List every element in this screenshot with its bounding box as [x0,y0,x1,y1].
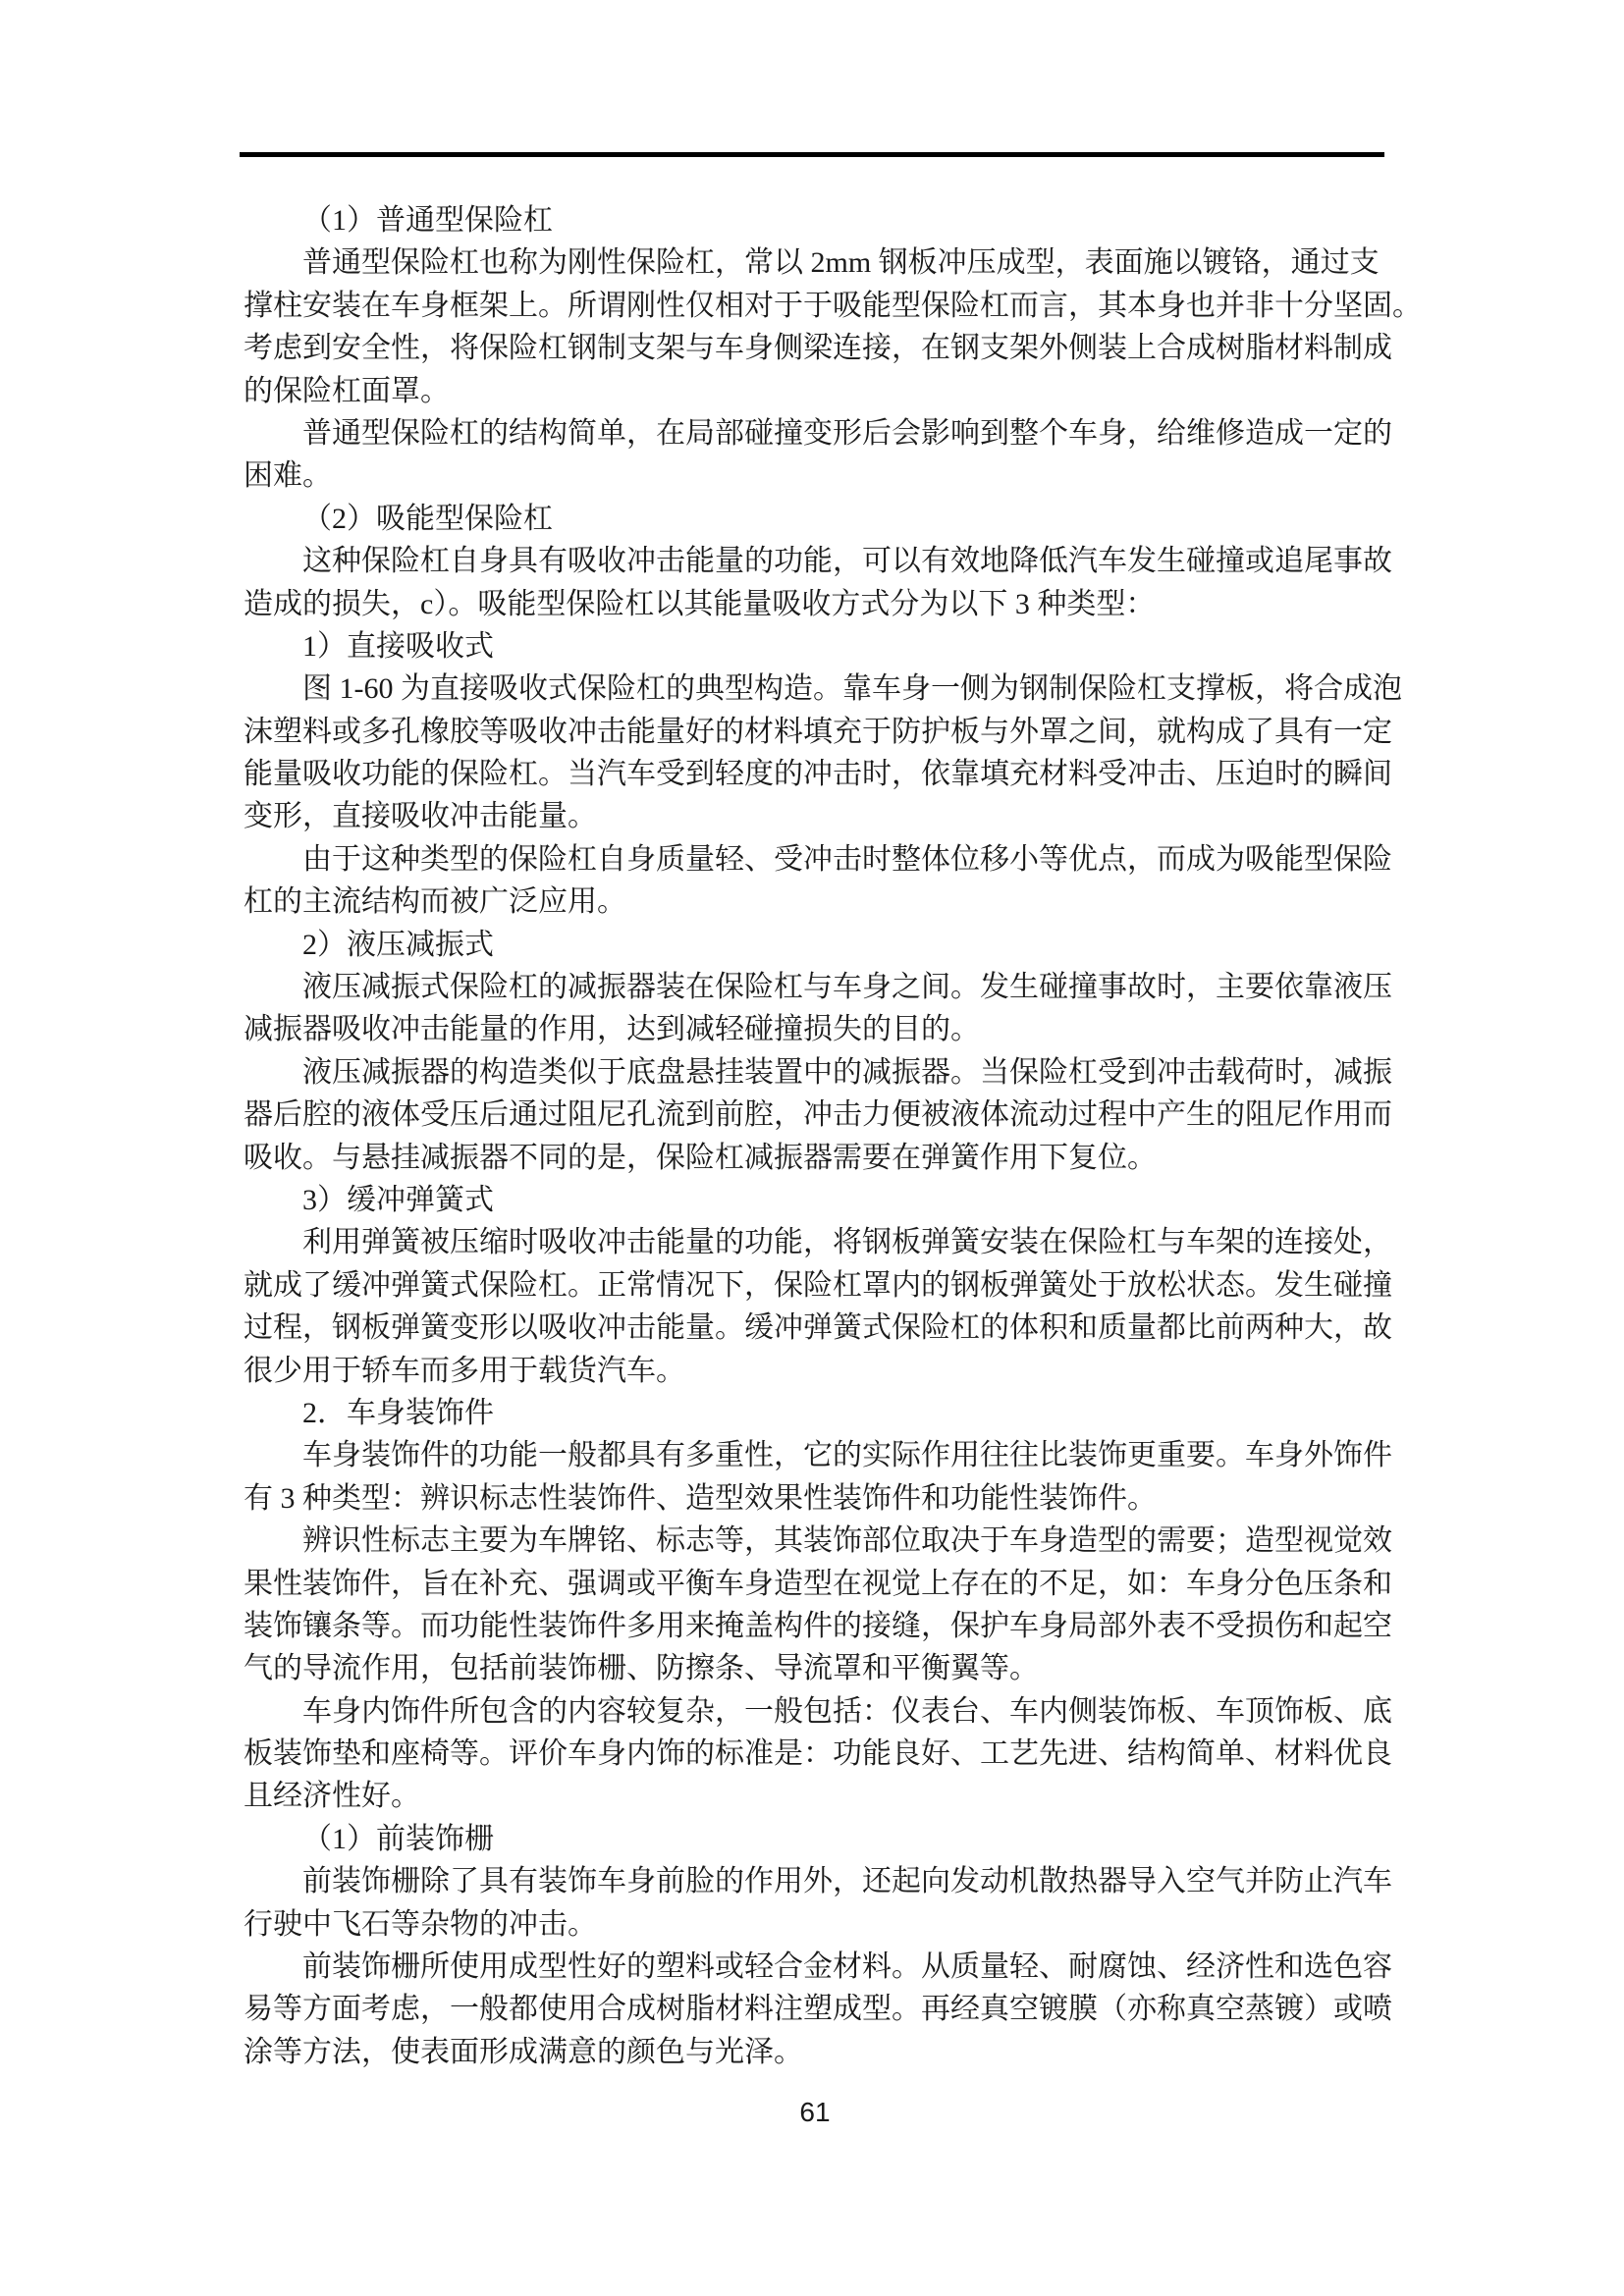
header-rule [240,152,1384,157]
page-number: 61 [244,2095,1386,2130]
text-line: 果性装饰件，旨在补充、强调或平衡车身造型在视觉上存在的不足，如：车身分色压条和 [244,1563,1392,1605]
text-line: 很少用于轿车而多用于载货汽车。 [244,1350,1392,1392]
text-line: 撑柱安装在车身框架上。所谓刚性仅相对于于吸能型保险杠而言，其本身也并非十分坚固。 [244,285,1392,327]
text-line: 过程，钢板弹簧变形以吸收冲击能量。缓冲弹簧式保险杠的体积和质量都比前两种大，故 [244,1307,1392,1349]
text-line: 图 1-60 为直接吸收式保险杠的典型构造。靠车身一侧为钢制保险杠支撑板，将合成… [244,667,1392,710]
text-line: 吸收。与悬挂减振器不同的是，保险杠减振器需要在弹簧作用下复位。 [244,1137,1392,1179]
text-line: （1）前装饰栅 [244,1818,1392,1860]
text-line: 辨识性标志主要为车牌铭、标志等，其装饰部位取决于车身造型的需要；造型视觉效 [244,1520,1392,1562]
text-line: 器后腔的液体受压后通过阻尼孔流到前腔，冲击力便被液体流动过程中产生的阻尼作用而 [244,1094,1392,1136]
text-line: 就成了缓冲弹簧式保险杠。正常情况下，保险杠罩内的钢板弹簧处于放松状态。发生碰撞 [244,1264,1392,1307]
text-line: 3）缓冲弹簧式 [244,1179,1392,1221]
text-line: 由于这种类型的保险杠自身质量轻、受冲击时整体位移小等优点，而成为吸能型保险 [244,838,1392,881]
text-line: 沫塑料或多孔橡胶等吸收冲击能量好的材料填充于防护板与外罩之间，就构成了具有一定 [244,711,1392,753]
text-line: 且经济性好。 [244,1775,1392,1817]
text-line: 杠的主流结构而被广泛应用。 [244,881,1392,923]
text-line: 1）直接吸收式 [244,625,1392,667]
text-line: （2）吸能型保险杠 [244,498,1392,540]
text-line: 困难。 [244,454,1392,497]
text-line: 装饰镶条等。而功能性装饰件多用来掩盖构件的接缝，保护车身局部外表不受损伤和起空 [244,1605,1392,1647]
text-line: 前装饰栅除了具有装饰车身前脸的作用外，还起向发动机散热器导入空气并防止汽车 [244,1860,1392,1902]
document-body: （1）普通型保险杠普通型保险杠也称为刚性保险杠，常以 2mm 钢板冲压成型，表面… [244,199,1392,2073]
document-page: （1）普通型保险杠普通型保险杠也称为刚性保险杠，常以 2mm 钢板冲压成型，表面… [0,0,1624,2296]
text-line: 液压减振器的构造类似于底盘悬挂装置中的减振器。当保险杠受到冲击载荷时，减振 [244,1051,1392,1094]
text-line: 普通型保险杠的结构简单，在局部碰撞变形后会影响到整个车身，给维修造成一定的 [244,412,1392,454]
text-line: 有 3 种类型：辨识标志性装饰件、造型效果性装饰件和功能性装饰件。 [244,1477,1392,1520]
text-line: 能量吸收功能的保险杠。当汽车受到轻度的冲击时，依靠填充材料受冲击、压迫时的瞬间 [244,753,1392,795]
text-line: 这种保险杠自身具有吸收冲击能量的功能，可以有效地降低汽车发生碰撞或追尾事故 [244,540,1392,582]
text-line: 车身装饰件的功能一般都具有多重性，它的实际作用往往比装饰更重要。车身外饰件 [244,1434,1392,1476]
text-line: 考虑到安全性，将保险杠钢制支架与车身侧梁连接，在钢支架外侧装上合成树脂材料制成 [244,327,1392,369]
text-line: 液压减振式保险杠的减振器装在保险杠与车身之间。发生碰撞事故时，主要依靠液压 [244,966,1392,1008]
text-line: 利用弹簧被压缩时吸收冲击能量的功能，将钢板弹簧安装在保险杠与车架的连接处， [244,1221,1392,1263]
text-line: 造成的损失，c）。吸能型保险杠以其能量吸收方式分为以下 3 种类型： [244,583,1392,625]
text-line: 气的导流作用，包括前装饰栅、防擦条、导流罩和平衡翼等。 [244,1647,1392,1689]
text-line: 行驶中飞石等杂物的冲击。 [244,1903,1392,1946]
text-line: 普通型保险杠也称为刚性保险杠，常以 2mm 钢板冲压成型，表面施以镀铬，通过支 [244,241,1392,284]
text-line: 变形，直接吸收冲击能量。 [244,795,1392,837]
text-line: 车身内饰件所包含的内容较复杂，一般包括：仪表台、车内侧装饰板、车顶饰板、底 [244,1690,1392,1733]
text-line: 减振器吸收冲击能量的作用，达到减轻碰撞损失的目的。 [244,1008,1392,1050]
text-line: 的保险杠面罩。 [244,370,1392,412]
text-line: 易等方面考虑，一般都使用合成树脂材料注塑成型。再经真空镀膜（亦称真空蒸镀）或喷 [244,1988,1392,2030]
text-line: 板装饰垫和座椅等。评价车身内饰的标准是：功能良好、工艺先进、结构简单、材料优良 [244,1733,1392,1775]
text-line: 2．车身装饰件 [244,1392,1392,1434]
text-line: 前装饰栅所使用成型性好的塑料或轻合金材料。从质量轻、耐腐蚀、经济性和选色容 [244,1946,1392,1988]
text-line: 涂等方法，使表面形成满意的颜色与光泽。 [244,2031,1392,2073]
text-line: 2）液压减振式 [244,924,1392,966]
text-line: （1）普通型保险杠 [244,199,1392,241]
